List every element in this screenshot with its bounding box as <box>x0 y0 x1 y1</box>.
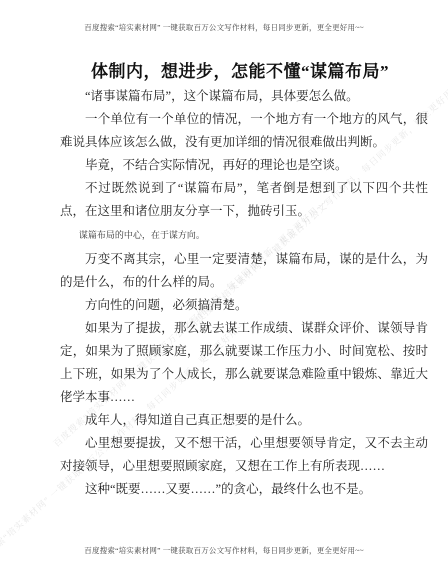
paragraph-9: 心里想要提拔，又不想干活，心里想要领导肯定，又不去主动对接领导，心里想要照顾家庭… <box>60 432 428 478</box>
paragraph-7: 如果为了提拔，那么就去谋工作成绩、谋群众评价、谋领导肯定，如果为了照顾家庭，那么… <box>60 317 428 409</box>
paragraph-5: 万变不离其宗，心里一定要清楚，谋篇布局，谋的是什么，为的是什么，布的什么样的局。 <box>60 248 428 294</box>
paragraph-6: 方向性的问题，必须搞清楚。 <box>60 294 428 317</box>
document-page: 百度搜索“培实素材网” 一键获取百万公文写作材料，每日同步更新，更全更好用~~ … <box>0 0 448 580</box>
section-note: 谋篇布局的中心，在于谋方向。 <box>60 226 428 245</box>
footer-promo-text: 百度搜索“培实素材网” 一键获取百万公文写作材料，每日同步更新，更全更好用~~ <box>0 545 448 556</box>
document-title: 体制内，想进步，怎能不懂“谋篇布局” <box>56 57 424 82</box>
document-body: “诸事谋篇布局”，这个谋篇布局，具体要怎么做。 一个单位有一个单位的情况，一个地… <box>60 85 428 501</box>
paragraph-2: 一个单位有一个单位的情况，一个地方有一个地方的风气，很难说具体应该怎么做，没有更… <box>60 108 428 154</box>
paragraph-1: “诸事谋篇布局”，这个谋篇布局，具体要怎么做。 <box>60 85 428 108</box>
paragraph-3: 毕竟，不结合实际情况，再好的理论也是空谈。 <box>60 154 428 177</box>
paragraph-8: 成年人，得知道自己真正想要的是什么。 <box>60 409 428 432</box>
paragraph-4: 不过既然说到了“谋篇布局”，笔者倒是想到了以下四个共性点，在这里和诸位朋友分享一… <box>60 177 428 223</box>
header-promo-text: 百度搜索“培实素材网” 一键获取百万公文写作材料，每日同步更新，更全更好用~~ <box>0 22 448 33</box>
paragraph-10: 这种“既要……又要……”的贪心，最终什么也不是。 <box>60 478 428 501</box>
